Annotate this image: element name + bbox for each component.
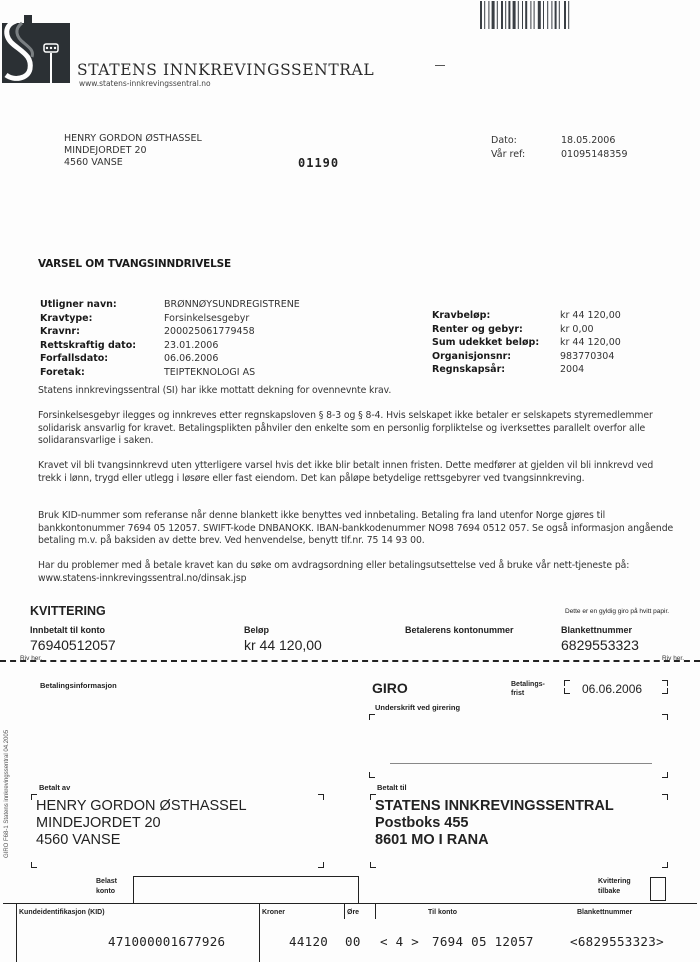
receipt-back-label-line2: tilbake: [598, 887, 631, 897]
receipt-value-amount: kr 44 120,00: [244, 637, 322, 653]
corner-mark: [369, 772, 375, 778]
si-logo: [2, 15, 70, 83]
detail-value: Forsinkelsesgebyr: [164, 313, 300, 325]
detail-label: Foretak:: [40, 367, 162, 379]
recipient-address: HENRY GORDON ØSTHASSEL MINDEJORDET 20 45…: [64, 133, 202, 169]
paid-to-label: Betalt til: [377, 783, 407, 792]
to-account-value: 7694 05 12057: [432, 934, 534, 949]
paragraph-no-payment: Statens innkrevingssentral (SI) har ikke…: [38, 385, 678, 398]
receipt-back-label-line1: Kvittering: [598, 877, 631, 887]
detail-row: Regnskapsår:2004: [432, 364, 621, 376]
form-side-text: GIRO F68-1 Statens innkrevingssentral 04…: [4, 730, 10, 858]
ocr-divider: [259, 903, 260, 962]
deadline-label-line1: Betalings-: [511, 680, 545, 689]
letter-title: VARSEL OM TVANGSINNDRIVELSE: [38, 258, 231, 270]
receipt-label-account: Innbetalt til konto: [30, 625, 105, 635]
detail-row: Foretak:TEIPTEKNOLOGI AS: [40, 367, 300, 379]
meta-label: Vår ref:: [491, 149, 559, 161]
corner-mark: [369, 714, 375, 720]
detail-row: Kravbeløp:kr 44 120,00: [432, 310, 621, 322]
ore-value: 00: [345, 934, 361, 949]
receipt-value-account: 76940512057: [30, 637, 116, 653]
paid-by-label: Betalt av: [39, 783, 70, 792]
claim-details-right: Kravbeløp:kr 44 120,00 Renter og gebyr:k…: [430, 308, 623, 378]
receipt-label-payer-account: Betalerens kontonummer: [405, 625, 514, 635]
paragraph-enforcement: Kravet vil bli tvangsinnkrevd uten ytter…: [38, 460, 678, 485]
payment-info-label: Betalingsinformasjon: [40, 681, 117, 690]
detail-label: Renter og gebyr:: [432, 324, 558, 336]
debit-account-label-line2: konto: [96, 887, 117, 897]
detail-label: Kravbeløp:: [432, 310, 558, 322]
detail-row: Kravtype:Forsinkelsesgebyr: [40, 313, 300, 325]
detail-label: Regnskapsår:: [432, 364, 558, 376]
detail-row: Kravnr:200025061779458: [40, 326, 300, 338]
letter-meta: Dato: 18.05.2006 Vår ref: 01095148359: [489, 133, 630, 163]
meta-label: Dato:: [491, 135, 559, 147]
debit-account-input[interactable]: [133, 876, 359, 904]
corner-mark: [370, 862, 376, 868]
detail-value: TEIPTEKNOLOGI AS: [164, 367, 300, 379]
paragraph-payment-plan: Har du problemer med å betale kravet kan…: [38, 560, 678, 585]
detail-value: 06.06.2006: [164, 353, 300, 365]
debit-account-label: Belast konto: [96, 877, 117, 897]
ocr-divider: [344, 903, 345, 919]
meta-value: 18.05.2006: [561, 135, 628, 147]
paid-by-street: MINDEJORDET 20: [36, 815, 247, 832]
receipt-back-label: Kvittering tilbake: [598, 877, 631, 897]
detail-value: 200025061779458: [164, 326, 300, 338]
corner-mark: [318, 862, 324, 868]
detail-value: kr 0,00: [560, 324, 621, 336]
paragraph-legal-basis: Forsinkelsesgebyr ilegges og innkreves e…: [38, 410, 678, 448]
corner-mark: [564, 680, 570, 686]
fold-mark: [435, 65, 445, 66]
meta-row-ref: Vår ref: 01095148359: [491, 149, 628, 161]
detail-row: Organisjonsnr:983770304: [432, 351, 621, 363]
corner-mark: [31, 862, 37, 868]
meta-row-date: Dato: 18.05.2006: [491, 135, 628, 147]
paid-to-name: STATENS INNKREVINGSSENTRAL: [375, 798, 614, 815]
corner-mark: [662, 862, 668, 868]
detail-label: Kravtype:: [40, 313, 162, 325]
corner-mark: [662, 680, 668, 686]
receipt-value-form-number: 6829553323: [561, 637, 639, 653]
deadline-label: Betalings- frist: [511, 680, 545, 698]
corner-mark: [662, 688, 668, 694]
corner-mark: [318, 794, 324, 800]
detail-row: Sum udekket beløp:kr 44 120,00: [432, 337, 621, 349]
paid-to-address: STATENS INNKREVINGSSENTRAL Postboks 455 …: [375, 798, 614, 849]
org-name: STATENS INNKREVINGSSENTRAL: [77, 61, 374, 79]
giro-title: GIRO: [372, 680, 408, 696]
detail-value: 2004: [560, 364, 621, 376]
kroner-label: Kroner: [262, 909, 285, 916]
corner-mark: [662, 794, 668, 800]
deadline-label-line2: frist: [511, 689, 545, 698]
ocr-divider: [375, 903, 376, 919]
detail-label: Sum udekket beløp:: [432, 337, 558, 349]
detail-value: BRØNNØYSUNDREGISTRENE: [164, 299, 300, 311]
corner-mark: [564, 688, 570, 694]
ore-label: Øre: [347, 909, 359, 916]
signature-label: Underskrift ved girering: [375, 703, 460, 712]
signature-field[interactable]: [390, 763, 652, 764]
paid-to-city: 8601 MO I RANA: [375, 832, 614, 849]
form-number-label: Blankettnummer: [577, 909, 632, 916]
detail-row: Renter og gebyr:kr 0,00: [432, 324, 621, 336]
check-digit: < 4 >: [380, 934, 419, 949]
detail-row: Rettskraftig dato:23.01.2006: [40, 340, 300, 352]
recipient-city: 4560 VANSE: [64, 157, 202, 169]
barcode-icon: [480, 1, 584, 29]
paid-by-city: 4560 VANSE: [36, 832, 247, 849]
valid-giro-note: Dette er en gyldig giro på hvitt papir.: [565, 608, 669, 615]
detail-label: Forfallsdato:: [40, 353, 162, 365]
detail-value: 983770304: [560, 351, 621, 363]
corner-mark: [662, 714, 668, 720]
recipient-name: HENRY GORDON ØSTHASSEL: [64, 133, 202, 145]
ocr-divider: [16, 903, 17, 962]
paid-to-street: Postboks 455: [375, 815, 614, 832]
sequence-number: 01190: [298, 156, 339, 170]
si-crown-logo-icon: [2, 15, 70, 83]
paid-by-address: HENRY GORDON ØSTHASSEL MINDEJORDET 20 45…: [36, 798, 247, 849]
recipient-street: MINDEJORDET 20: [64, 145, 202, 157]
detail-value: kr 44 120,00: [560, 310, 621, 322]
detail-label: Organisjonsnr:: [432, 351, 558, 363]
claim-details-left: Utligner navn:BRØNNØYSUNDREGISTRENE Krav…: [38, 297, 302, 381]
debit-account-label-line1: Belast: [96, 877, 117, 887]
receipt-label-amount: Beløp: [244, 625, 269, 635]
receipt-label-form-number: Blankettnummer: [561, 625, 632, 635]
detail-label: Rettskraftig dato:: [40, 340, 162, 352]
detail-label: Utligner navn:: [40, 299, 162, 311]
detail-label: Kravnr:: [40, 326, 162, 338]
paragraph-payment-info: Bruk KID-nummer som referanse når denne …: [38, 510, 678, 548]
corner-mark: [662, 772, 668, 778]
receipt-title: KVITTERING: [30, 604, 106, 618]
detail-row: Forfallsdato:06.06.2006: [40, 353, 300, 365]
detail-row: Utligner navn:BRØNNØYSUNDREGISTRENE: [40, 299, 300, 311]
deadline-date: 06.06.2006: [582, 682, 642, 696]
receipt-back-checkbox[interactable]: [650, 877, 666, 901]
detail-value: 23.01.2006: [164, 340, 300, 352]
kid-label: Kundeidentifikasjon (KID): [19, 909, 105, 916]
kroner-value: 44120: [289, 934, 328, 949]
meta-value: 01095148359: [561, 149, 628, 161]
tear-line[interactable]: [0, 660, 700, 662]
form-number-value: <6829553323>: [570, 934, 664, 949]
kid-value: 471000001677926: [108, 934, 225, 949]
paid-by-name: HENRY GORDON ØSTHASSEL: [36, 798, 247, 815]
detail-value: kr 44 120,00: [560, 337, 621, 349]
org-url: www.statens-innkrevingssentral.no: [79, 79, 211, 88]
to-account-label: Til konto: [428, 909, 457, 916]
ocr-top-rule: [3, 903, 697, 904]
